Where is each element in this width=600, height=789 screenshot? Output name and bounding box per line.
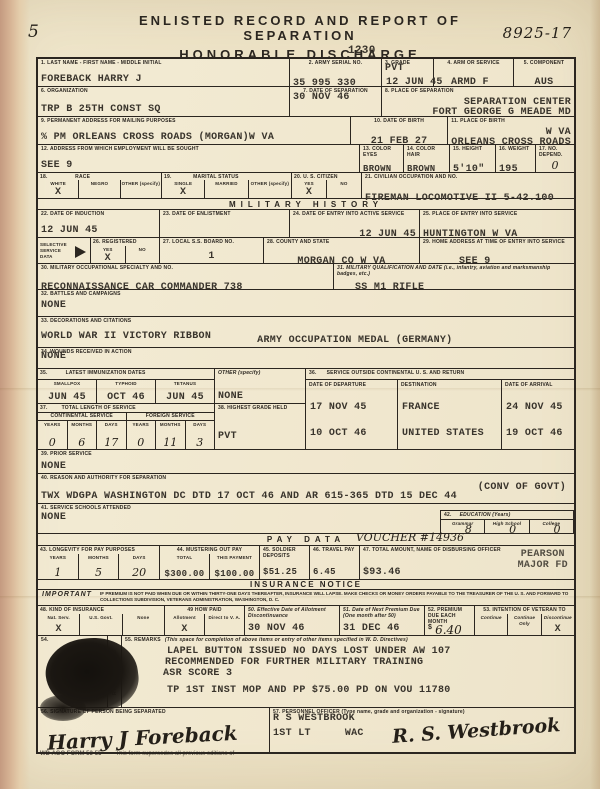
row-immunization-service: 35. LATEST IMMUNIZATION DATES SMALLPOXJU… [38,369,574,450]
mustering-payment: THIS PAYMENT$100.00 [210,554,259,579]
field-11-value-line2: ORLEANS CROSS ROADS [451,138,571,148]
corner-code: 8925-17 [503,24,572,42]
intention-continue: Continue [475,614,508,635]
box-32-battles: 32. BATTLES AND CAMPAIGNS NONE [38,290,574,316]
row-reason-separation: 40. REASON AND AUTHORITY FOR SEPARATION … [38,474,574,504]
field-42-num: 42. [444,512,452,518]
selective-service-arrow-icon [75,246,86,258]
longevity-years: YEARS1 [38,554,79,579]
field-29-value: SEE 9 [459,256,571,267]
important-label: IMPORTANT [42,591,92,604]
field-39-value: NONE [41,461,571,472]
field-21-value: FIREMAN LOCOMOTIVE II 5-42.100 [365,193,571,204]
box-13-color-eyes: 13. COLOR EYES BROWN [360,145,404,172]
continental-years: YEARS0 [38,421,68,449]
field-8-label: 8. PLACE OF SEPARATION [385,88,571,94]
field-37-num: 37. [40,405,48,411]
officer-typed-grade: 1ST LT [273,728,311,739]
field-35-num: 35. [40,370,48,378]
box-12-employment-address: 12. ADDRESS FROM WHICH EMPLOYMENT WILL B… [38,145,360,172]
form-footer: WD AGO FORM 53-55 This form supersedes a… [40,751,234,757]
box-47-total-amount: 47. TOTAL AMOUNT, NAME OF DISBURSING OFF… [360,546,574,579]
field-27-label: 27. LOCAL S.S. BOARD NO. [163,239,260,245]
field-25-value: HUNTINGTON W VA [423,229,571,240]
box-4-arm: 4. ARM OR SERVICE ARMD F [434,59,514,86]
how-paid-allotment-mark: X [181,624,187,635]
box-55-remarks: 55. REMARKS (This space for completion o… [122,636,574,707]
box-39-prior-service: 39. PRIOR SERVICE NONE [38,450,574,473]
field-8-value-line2: FORT GEORGE G MEADE MD [385,108,571,118]
box-34-wounds: 34. WOUNDS RECEIVED IN ACTION NONE [38,348,574,368]
field-13-label: 13. COLOR EYES [363,146,400,158]
field-2-label: 2. ARMY SERIAL NO. [293,60,378,66]
arrival-date-1: 24 NOV 45 [506,402,570,413]
separatee-signature: Harry J Foreback [47,719,267,754]
box-14-color-hair: 14. COLOR HAIR BROWN [404,145,450,172]
intention-continue-only: Continue Only [508,614,541,635]
field-15-value: 5'10" [453,164,492,175]
row-prior-service: 39. PRIOR SERVICE NONE [38,450,574,474]
education-highschool: High School0 [485,520,529,533]
field-36-title: SERVICE OUTSIDE CONTINENTAL U. S. AND RE… [327,370,465,378]
field-16-value: 195 [499,164,532,175]
row-schools-education: 41. SERVICE SCHOOLS ATTENDED NONE 42. ED… [38,504,574,534]
field-32-value: NONE [41,300,571,311]
foreign-months: MONTHS11 [156,421,186,449]
field-51-label: 51. Date of Next Premium Due (One month … [343,607,421,619]
immunization-typhoid: TYPHOIDOCT 46 [97,380,156,403]
foreign-days: DAYS3 [186,421,215,449]
insurance-us-govt: U.S. Govt. [80,614,122,635]
box-9-mailing-address: 9. PERMANENT ADDRESS FOR MAILING PURPOSE… [38,117,351,144]
field-35-title: LATEST IMMUNIZATION DATES [66,370,146,378]
box-46-travel-pay: 46. TRAVEL PAY 6.45 [310,546,360,579]
box-44-mustering-out: 44. MUSTERING OUT PAY TOTAL$300.00 THIS … [160,546,260,579]
mustering-total: TOTAL$300.00 [160,554,210,579]
row-pay-values: 43. LONGEVITY FOR PAY PURPOSES YEARS1 MO… [38,546,574,580]
box-51-next-premium: 51. Date of Next Premium Due (One month … [340,606,425,635]
box-2-serial: 2. ARMY SERIAL NO. 35 995 330 [290,59,382,86]
field-10-value: 21 FEB 27 [354,136,444,147]
race-option-white: WHITEX [38,180,79,198]
field-47-value: $93.46 [363,567,571,578]
insurance-none: None [123,614,164,635]
insurance-nat-serv-mark: X [56,624,62,635]
field-36-num: 36. [309,370,317,378]
citizen-option-yes: YESX [292,180,327,198]
box-48-kind-insurance: 48. KIND OF INSURANCE Nat. Serv.X U.S. G… [38,606,165,635]
field-3-value: PVT [385,63,430,74]
education-college: College0 [530,520,573,533]
row-selective-service: SELECTIVE SERVICE DATA 26. REGISTERED YE… [38,238,574,264]
row-insurance-header: INSURANCE NOTICE [38,580,574,590]
citizen-option-no: NO [327,180,361,198]
box-57-personnel-officer: 57. PERSONNEL OFFICER (Type name, grade … [270,708,574,752]
field-13-value: BROWN [363,164,400,175]
intention-discontinue: DiscontinueX [542,614,574,635]
field-17-value: 0 [539,160,571,171]
foreign-years: YEARS0 [127,421,157,449]
field-33-value-2: ARMY OCCUPATION MEDAL (GERMANY) [257,335,452,346]
field-33-label: 33. DECORATIONS AND CITATIONS [41,318,571,324]
field-43-label: 43. LONGEVITY FOR PAY PURPOSES [38,546,159,554]
field-34-value: NONE [41,351,571,362]
box-6-organization: 6. ORGANIZATION TRP B 25TH CONST SQ [38,87,290,116]
box-29-home-address: 29. HOME ADDRESS AT TIME OF ENTRY INTO S… [420,238,574,263]
row-pay-data-header: PAY DATA VOUCHER #14936 [38,534,574,546]
field-26-label: 26. REGISTERED [91,238,159,246]
field-38-label: 38. HIGHEST GRADE HELD [218,405,302,411]
field-6-label: 6. ORGANIZATION [41,88,286,94]
box-23-date-enlistment: 23. DATE OF ENLISTMENT [160,210,290,237]
field-12-label: 12. ADDRESS FROM WHICH EMPLOYMENT WILL B… [41,146,356,152]
field-55-label: 55. REMARKS [125,637,161,643]
box-36-service-outside: 36. SERVICE OUTSIDE CONTINENTAL U. S. AN… [306,369,574,449]
row-battles: 32. BATTLES AND CAMPAIGNS NONE [38,290,574,317]
continental-service-label: CONTINENTAL SERVICE [38,413,127,420]
box-43-longevity: 43. LONGEVITY FOR PAY PURPOSES YEARS1 MO… [38,546,160,579]
row-demographics: 18. RACE WHITEX NEGRO OTHER (specify) 19… [38,173,574,199]
field-5-label: 5. COMPONENT [517,60,571,66]
box-16-weight: 16. WEIGHT 195 [496,145,536,172]
box-27-local-board: 27. LOCAL S.S. BOARD NO. 1 [160,238,264,263]
document-title: ENLISTED RECORD AND REPORT OF SEPARATION… [80,13,520,62]
field-27-value: 1 [163,251,260,262]
field-1-value: FOREBACK HARRY J [41,74,286,85]
field-6-value: TRP B 25TH CONST SQ [41,104,286,115]
continental-days: DAYS17 [97,421,127,449]
box-31-qualification: 31. MILITARY QUALIFICATION AND DATE (i.e… [334,264,574,289]
race-option-negro: NEGRO [79,180,120,198]
box-38-highest-grade: 38. HIGHEST GRADE HELD PVT [215,404,305,449]
remarks-line-2: RECOMMENDED FOR FURTHER MILITARY TRAININ… [165,657,571,668]
field-38-value: PVT [218,431,302,442]
field-3-stray-date: 12 JUN 45 [386,77,443,88]
ink-smudge [40,695,86,721]
box-41-schools: 41. SERVICE SCHOOLS ATTENDED NONE [38,504,440,533]
box-22-date-induction: 22. DATE OF INDUCTION 12 JUN 45 [38,210,160,237]
title-line-1: ENLISTED RECORD AND REPORT OF SEPARATION [80,13,520,43]
officer-typed-org: WAC [345,728,364,739]
destination-2: UNITED STATES [402,428,497,439]
marital-option-other: OTHER (specify) [249,180,291,198]
box-50-effective-date: 50. Effective Date of Allotment Disconti… [245,606,340,635]
longevity-days: DAYS20 [119,554,159,579]
row-mos: 30. MILITARY OCCUPATIONAL SPECIALTY AND … [38,264,574,290]
box-33-decorations: 33. DECORATIONS AND CITATIONS WORLD WAR … [38,317,574,347]
arrival-date-2: 19 OCT 46 [506,428,570,439]
field-49-label: 49 HOW PAID [165,606,244,614]
field-24-label: 24. DATE OF ENTRY INTO ACTIVE SERVICE [293,211,416,217]
immunization-tetanus: TETANUSJUN 45 [156,380,214,403]
field-10-label: 10. DATE OF BIRTH [354,118,444,124]
continental-months: MONTHS6 [68,421,98,449]
scan-right-edge [590,0,600,789]
field-22-label: 22. DATE OF INDUCTION [41,211,156,217]
field-4-value: ARMD F [451,77,510,88]
longevity-months: MONTHS5 [79,554,120,579]
box-52-premium-due: 52. PREMIUM DUE EACH MONTH $6.40 [425,606,475,635]
box-7-date-separation: 7. DATE OF SEPARATION 30 NOV 46 [290,87,382,116]
immunization-other-label: OTHER (specify) [218,370,302,376]
insurance-notice-heading: INSURANCE NOTICE [250,580,362,589]
how-paid-direct: Direct to V. A. [205,614,244,635]
immunization-other-value: NONE [218,391,302,402]
field-7-value: 30 NOV 46 [293,92,378,103]
page-number: 5 [28,22,39,42]
marital-option-married: MARRIED [205,180,248,198]
row-organization: 6. ORGANIZATION TRP B 25TH CONST SQ 7. D… [38,87,574,117]
row-insurance-important: IMPORTANT IF PREMIUM IS NOT PAID WHEN DU… [38,590,574,606]
footer-note: This form supersedes all previous editio… [115,751,234,757]
field-51-value: 31 DEC 46 [343,623,421,634]
box-49-how-paid: 49 HOW PAID AllotmentX Direct to V. A. [165,606,245,635]
field-2-value: 35 995 330 [293,78,378,89]
field-5-value: AUS [517,77,571,88]
box-25-place-entry: 25. PLACE OF ENTRY INTO SERVICE HUNTINGT… [420,210,574,237]
box-5-component: 5. COMPONENT AUS [514,59,574,86]
row-decorations: 33. DECORATIONS AND CITATIONS WORLD WAR … [38,317,574,348]
field-11-label: 11. PLACE OF BIRTH [451,118,571,124]
stamp-number: 1230 [348,45,376,57]
remarks-line-3: ASR SCORE 3 [163,668,571,679]
box-20-citizen: 20. U. S. CITIZEN YESX NO [292,173,362,198]
field-45-value: $51.25 [263,567,306,578]
field-53-label: 53. INTENTION OF VETERAN TO [475,606,574,614]
field-50-value: 30 NOV 46 [248,623,336,634]
field-39-label: 39. PRIOR SERVICE [41,451,571,457]
box-11-place-of-birth: 11. PLACE OF BIRTH W VA ORLEANS CROSS RO… [448,117,574,144]
box-53-intention: 53. INTENTION OF VETERAN TO Continue Con… [475,606,574,635]
footer-form-number: WD AGO FORM 53-55 [40,751,101,757]
box-42-education: 42. EDUCATION (Years) Grammar8 High Scho… [440,510,574,533]
field-40-value: TWX WDGPA WASHINGTON DC DTD 17 OCT 46 AN… [41,491,571,502]
box-35-other: OTHER (specify) NONE [215,369,305,404]
how-paid-allotment: AllotmentX [165,614,205,635]
field-46-value: 6.45 [313,567,356,578]
box-15-height: 15. HEIGHT 5'10" [450,145,496,172]
citizen-yes-mark: X [306,187,312,198]
field-44-label: 44. MUSTERING OUT PAY [160,546,259,554]
row-identity: 1. LAST NAME - FIRST NAME - MIDDLE INITI… [38,59,574,87]
box-24-date-entry-active: 24. DATE OF ENTRY INTO ACTIVE SERVICE 12… [290,210,420,237]
box-1-name: 1. LAST NAME - FIRST NAME - MIDDLE INITI… [38,59,290,86]
immunization-length-block: 35. LATEST IMMUNIZATION DATES SMALLPOXJU… [38,369,306,449]
registered-option-no: NO [126,246,160,264]
pay-data-heading: PAY DATA [267,535,345,544]
remarks-line-4: TP 1ST INST MOP AND PP $75.00 PD ON VOU … [167,685,571,696]
field-24-value: 12 JUN 45 [293,229,416,240]
military-history-heading: MILITARY HISTORY [229,200,383,209]
box-19-marital-status: 19. MARITAL STATUS SINGLEX MARRIED OTHER… [162,173,292,198]
row-wounds: 34. WOUNDS RECEIVED IN ACTION NONE [38,348,574,369]
box-40-reason: 40. REASON AND AUTHORITY FOR SEPARATION … [38,474,574,503]
field-9-value: % PM ORLEANS CROSS ROADS (MORGAN)W VA [41,132,347,143]
important-text: IF PREMIUM IS NOT PAID WHEN DUE OR WITHI… [100,591,570,604]
field-37-title: TOTAL LENGTH OF SERVICE [62,405,136,411]
marital-single-mark: X [180,187,186,198]
race-white-mark: X [55,187,61,198]
foreign-service-label: FOREIGN SERVICE [127,413,215,420]
field-23-label: 23. DATE OF ENLISTMENT [163,211,286,217]
field-50-label: 50. Effective Date of Allotment Disconti… [248,607,336,619]
box-18-race: 18. RACE WHITEX NEGRO OTHER (specify) [38,173,162,198]
field-4-label: 4. ARM OR SERVICE [437,60,510,66]
departure-date-1: 17 NOV 45 [310,402,393,413]
box-21-occupation: 21. CIVILIAN OCCUPATION AND NO. FIREMAN … [362,173,574,198]
row-induction: 22. DATE OF INDUCTION 12 JUN 45 23. DATE… [38,210,574,238]
immunization-smallpox: SMALLPOXJUN 45 [38,380,97,403]
disbursing-officer-name: PEARSON [518,549,568,560]
row-signatures: 56. SIGNATURE OF PERSON BEING SEPARATED … [38,708,574,752]
field-1-label: 1. LAST NAME - FIRST NAME - MIDDLE INITI… [41,60,286,66]
box-26-selective-service: SELECTIVE SERVICE DATA 26. REGISTERED YE… [38,238,160,263]
intention-discontinue-mark: X [555,624,561,635]
registered-option-yes: YESX [91,246,126,264]
insurance-nat-serv: Nat. Serv.X [38,614,80,635]
field-14-value: BROWN [407,164,446,175]
field-42-title: EDUCATION (Years) [460,512,511,518]
field-46-label: 46. TRAVEL PAY [313,547,356,553]
scan-left-edge [0,0,30,789]
box-45-soldier-deposits: 45. SOLDIER DEPOSITS $51.25 [260,546,310,579]
field-33-value-1: WORLD WAR II VICTORY RIBBON [41,331,211,346]
marital-option-single: SINGLEX [162,180,205,198]
document-sheet: 5 ENLISTED RECORD AND REPORT OF SEPARATI… [0,0,600,789]
race-option-other: OTHER (specify) [121,180,161,198]
box-30-mos: 30. MILITARY OCCUPATIONAL SPECIALTY AND … [38,264,334,289]
selective-service-title: SELECTIVE SERVICE DATA [40,242,73,260]
field-55-label-note: (This space for completion of above item… [165,637,408,643]
field-28-value: MORGAN CO W VA [267,256,416,267]
field-48-label: 48. KIND OF INSURANCE [38,606,164,614]
field-12-value: SEE 9 [41,160,356,171]
field-9-label: 9. PERMANENT ADDRESS FOR MAILING PURPOSE… [41,118,347,124]
premium-dollar-sign: $ [428,625,432,636]
box-3-grade: 3. GRADE PVT 12 JUN 45 [382,59,434,86]
field-30-value: RECONNAISSANCE CAR COMMANDER 738 [41,282,330,293]
field-41-value: NONE [41,512,437,523]
voucher-note: VOUCHER #14936 [356,531,464,544]
field-45-label: 45. SOLDIER DEPOSITS [263,547,306,559]
row-physical: 12. ADDRESS FROM WHICH EMPLOYMENT WILL B… [38,145,574,173]
box-17-dependents: 17. NO. DEPEND. 0 [536,145,574,172]
row-insurance-values: 48. KIND OF INSURANCE Nat. Serv.X U.S. G… [38,606,574,636]
box-28-county-state: 28. COUNTY AND STATE MORGAN CO W VA [264,238,420,263]
field-40-label: 40. REASON AND AUTHORITY FOR SEPARATION [41,475,571,481]
field-31-value: SS M1 RIFLE [355,282,571,293]
field-25-label: 25. PLACE OF ENTRY INTO SERVICE [423,211,571,217]
box-10-date-of-birth: 10. DATE OF BIRTH 21 FEB 27 [351,117,448,144]
field-14-label: 14. COLOR HAIR [407,146,446,158]
departure-date-2: 10 OCT 46 [310,428,393,439]
field-41-label: 41. SERVICE SCHOOLS ATTENDED [41,505,437,511]
row-address: 9. PERMANENT ADDRESS FOR MAILING PURPOSE… [38,117,574,145]
box-8-place-separation: 8. PLACE OF SEPARATION SEPARATION CENTER… [382,87,574,116]
registered-yes-mark: X [105,253,111,264]
destination-1: FRANCE [402,402,497,413]
field-22-value: 12 JUN 45 [41,225,156,236]
box-important: IMPORTANT IF PREMIUM IS NOT PAID WHEN DU… [38,590,574,605]
remarks-line-1: LAPEL BUTTON ISSUED NO DAYS LOST UNDER A… [167,646,571,657]
field-52-value: 6.40 [435,625,462,636]
